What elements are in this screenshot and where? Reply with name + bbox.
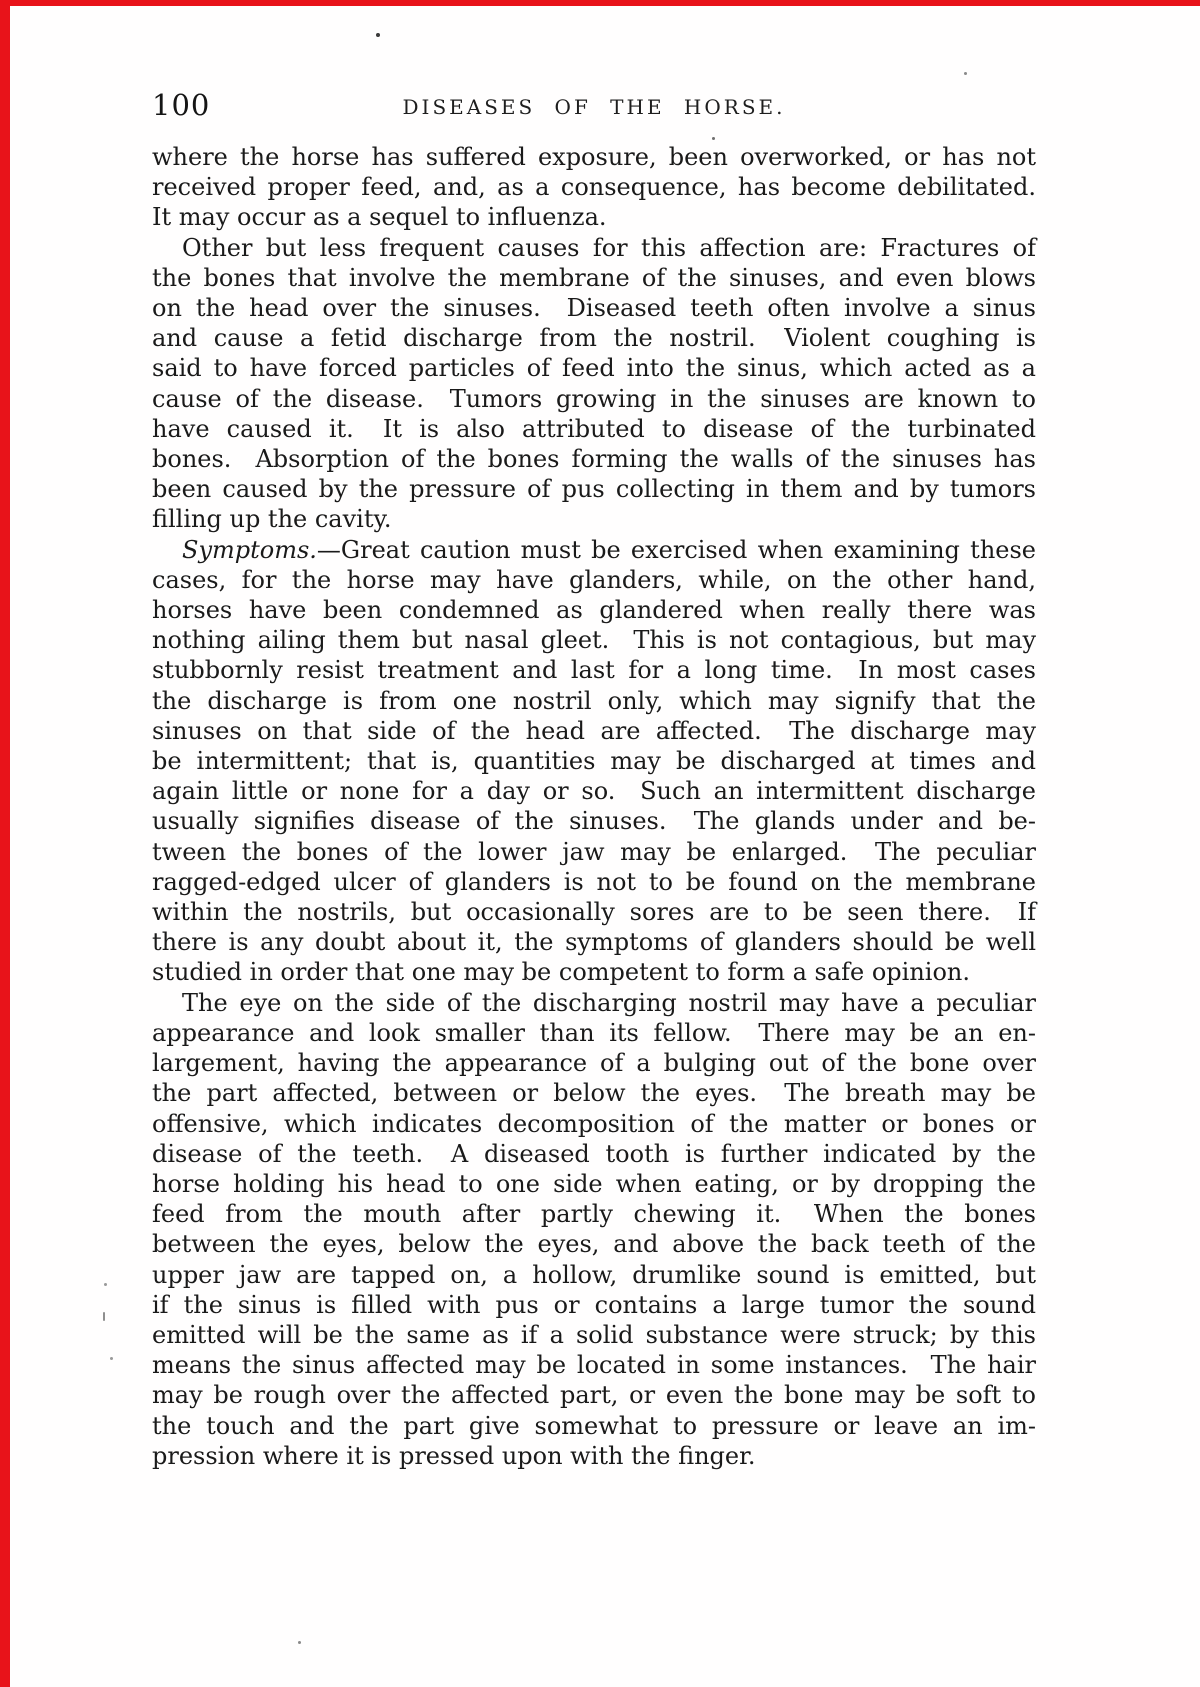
- text-line: received proper feed, and, as a conseque…: [152, 172, 1036, 202]
- text-line: cause of the disease. Tumors growing in …: [152, 384, 1036, 414]
- text-line: tween the bones of the lower jaw may be …: [152, 837, 1036, 867]
- scan-speck: [104, 1283, 107, 1286]
- text-line: again little or none for a day or so. Su…: [152, 776, 1036, 806]
- page-header: 100 DISEASES OF THE HORSE.: [152, 88, 1036, 122]
- text-line: emitted will be the same as if a solid s…: [152, 1320, 1036, 1350]
- book-page: 100 DISEASES OF THE HORSE. where the hor…: [0, 0, 1200, 1687]
- text-line: bones. Absorption of the bones forming t…: [152, 444, 1036, 474]
- text-line: between the eyes, below the eyes, and ab…: [152, 1229, 1036, 1259]
- text-line: may be rough over the affected part, or …: [152, 1380, 1036, 1410]
- body-text: where the horse has suffered exposure, b…: [152, 142, 1036, 1471]
- text-line: means the sinus affected may be located …: [152, 1350, 1036, 1380]
- page-number: 100: [152, 88, 210, 122]
- text-line: be intermittent; that is, quantities may…: [152, 746, 1036, 776]
- text-line: feed from the mouth after partly chewing…: [152, 1199, 1036, 1229]
- text-line: on the head over the sinuses. Diseased t…: [152, 293, 1036, 323]
- text-line: ragged-edged ulcer of glanders is not to…: [152, 867, 1036, 897]
- text-line: horses have been condemned as glandered …: [152, 595, 1036, 625]
- text-line: offensive, which indicates decomposition…: [152, 1109, 1036, 1139]
- text-line: It may occur as a sequel to influenza.: [152, 202, 1036, 232]
- text-line: disease of the teeth. A diseased tooth i…: [152, 1139, 1036, 1169]
- scan-speck: [298, 1641, 301, 1644]
- text-line: pression where it is pressed upon with t…: [152, 1441, 1036, 1471]
- text-line: sinuses on that side of the head are aff…: [152, 716, 1036, 746]
- scan-speck: [712, 137, 715, 140]
- text-line: the bones that involve the membrane of t…: [152, 263, 1036, 293]
- scan-speck: [103, 1312, 105, 1321]
- text-line: largement, having the appearance of a bu…: [152, 1048, 1036, 1078]
- text-line: have caused it. It is also attributed to…: [152, 414, 1036, 444]
- text-line: where the horse has suffered exposure, b…: [152, 142, 1036, 172]
- text-line: horse holding his head to one side when …: [152, 1169, 1036, 1199]
- text-line: if the sinus is filled with pus or conta…: [152, 1290, 1036, 1320]
- scan-speck: [376, 33, 380, 37]
- text-line: The eye on the side of the discharging n…: [152, 988, 1036, 1018]
- text-line: and cause a fetid discharge from the nos…: [152, 323, 1036, 353]
- running-title: DISEASES OF THE HORSE.: [152, 88, 1036, 119]
- scan-speck: [964, 72, 967, 75]
- text-line: cases, for the horse may have glanders, …: [152, 565, 1036, 595]
- text-line: the part affected, between or below the …: [152, 1078, 1036, 1108]
- text-line: been caused by the pressure of pus colle…: [152, 474, 1036, 504]
- text-line: said to have forced particles of feed in…: [152, 353, 1036, 383]
- text-line: appearance and look smaller than its fel…: [152, 1018, 1036, 1048]
- text-line: the touch and the part give somewhat to …: [152, 1411, 1036, 1441]
- text-line: filling up the cavity.: [152, 504, 1036, 534]
- text-line: studied in order that one may be compete…: [152, 957, 1036, 987]
- scan-speck: [110, 1357, 113, 1360]
- text-line: stubbornly resist treatment and last for…: [152, 655, 1036, 685]
- text-line: the discharge is from one nostril only, …: [152, 686, 1036, 716]
- text-line: nothing ailing them but nasal gleet. Thi…: [152, 625, 1036, 655]
- text-line: there is any doubt about it, the symptom…: [152, 927, 1036, 957]
- text-line: usually signifies disease of the sinuses…: [152, 806, 1036, 836]
- symptoms-label: Symptoms.: [182, 536, 317, 564]
- text-line: upper jaw are tapped on, a hollow, druml…: [152, 1260, 1036, 1290]
- text-line: Other but less frequent causes for this …: [152, 233, 1036, 263]
- scan-edge-top: [0, 0, 1200, 6]
- text-line: Symptoms.—Great caution must be exercise…: [152, 535, 1036, 565]
- scan-edge-left: [0, 0, 10, 1687]
- text-line: within the nostrils, but occasionally so…: [152, 897, 1036, 927]
